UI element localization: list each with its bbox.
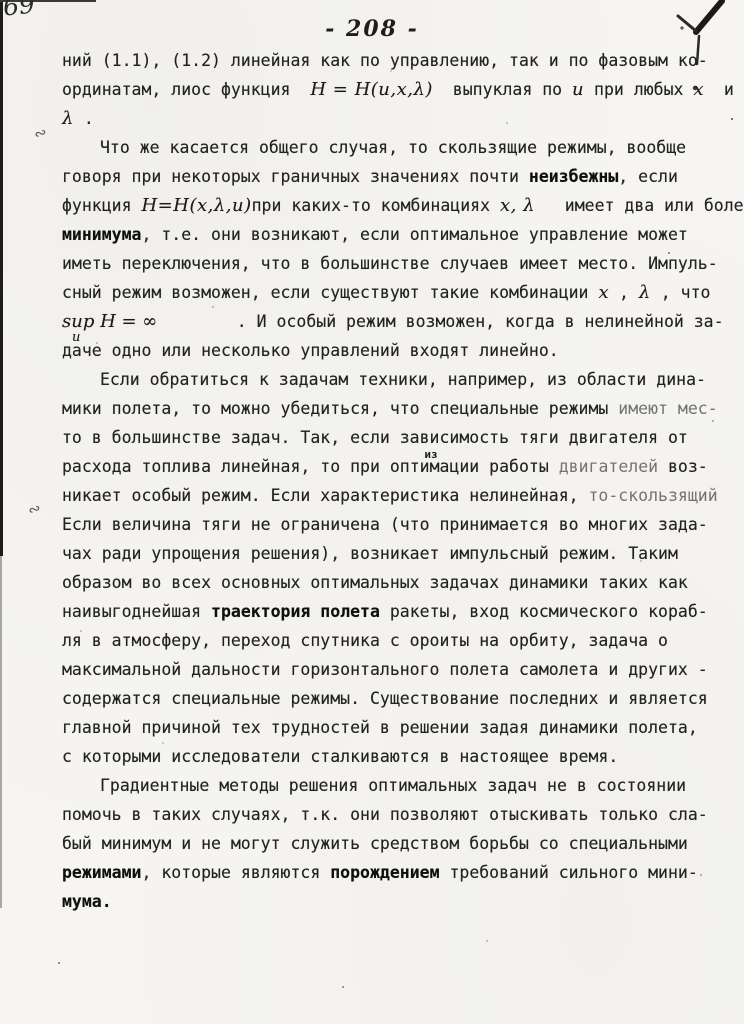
text-segment: Градиентные методы решения оптимальных з…	[100, 776, 686, 795]
text-line: расхода топлива линейная, то при изоптим…	[62, 452, 730, 481]
text-segment: содержатся специальные режимы. Существов…	[62, 689, 708, 708]
text-segment: бый минимум и не могут служить средством…	[62, 834, 688, 853]
text-segment: имеет два или более	[535, 196, 744, 215]
text-segment: при любых	[584, 80, 693, 99]
text-line: то в большинстве задач. Так, если зависи…	[62, 423, 730, 452]
handwritten-insertion: из	[424, 440, 437, 469]
text-segment: чах ради упрощения решения), возникает и…	[62, 544, 678, 563]
handwritten-formula: u	[572, 79, 584, 100]
text-line: помочь в таких случаях, т.к. они позволя…	[62, 800, 730, 829]
text-segment: то в большинстве задач. Так, если зависи…	[62, 428, 688, 447]
text-line: Если величина тяги не ограничена (что пр…	[62, 510, 730, 539]
text-segment: порождением	[330, 863, 439, 882]
text-segment: с которыми исследователи сталкиваются в …	[62, 747, 618, 766]
scanned-page: 69 ∾ ∾ - 208 - ний (1.1), (1.2) линейная…	[0, 0, 744, 1024]
text-segment: никает особый режим. Если характеристика…	[62, 486, 589, 505]
text-segment: , т.е. они возникают, если оптимальное у…	[141, 225, 687, 244]
handwritten-formula: x	[598, 282, 609, 303]
text-segment: то-скользящий	[589, 486, 718, 505]
text-segment: траектория полета	[211, 602, 380, 621]
text-segment: Что же касается общего случая, то скольз…	[100, 138, 686, 157]
text-segment: режимами	[62, 863, 141, 882]
text-segment: главной причиной тех трудностей в решени…	[62, 718, 698, 737]
text-line: главной причиной тех трудностей в решени…	[62, 713, 730, 742]
text-segment: помочь в таких случаях, т.к. они позволя…	[62, 805, 708, 824]
text-line: ля в атмосферу, переход спутника с ороит…	[62, 626, 730, 655]
text-segment: ординатам, лиос функция	[62, 80, 310, 99]
text-line: даче одно или несколько управлений входя…	[62, 336, 730, 365]
text-line: ний (1.1), (1.2) линейная как по управле…	[62, 46, 730, 75]
text-segment: требований сильного мини-	[440, 863, 698, 882]
paragraph: Что же касается общего случая, то скольз…	[62, 133, 730, 365]
text-segment: иметь переключения, что в большинстве сл…	[62, 254, 718, 273]
text-line: сный режим возможен, если существуют так…	[62, 278, 730, 307]
text-segment: при каких-то комбинациях	[252, 196, 500, 215]
text-segment: Если обратиться к задачам техники, напри…	[100, 370, 706, 389]
text-segment: , которые являются	[141, 863, 330, 882]
text-segment: Если величина тяги не ограничена (что пр…	[62, 515, 708, 534]
text-segment: , если	[618, 167, 678, 186]
text-segment: двигателей	[559, 457, 658, 476]
text-line: Градиентные методы решения оптимальных з…	[62, 771, 730, 800]
text-segment: имеют мес-	[618, 399, 717, 418]
text-segment: сный режим возможен, если существуют так…	[62, 283, 598, 302]
page-number-header: - 208 -	[0, 16, 744, 42]
handwritten-formula: x, λ	[500, 195, 535, 216]
text-line: λ .	[62, 104, 730, 133]
text-segment: говоря при некоторых граничных значениях…	[62, 167, 529, 186]
text-segment: . И особый режим возможен, когда в нелин…	[157, 312, 723, 331]
text-segment: изоптимации	[390, 452, 479, 481]
text-segment: .	[74, 109, 94, 128]
text-line: минимума, т.е. они возникают, если оптим…	[62, 220, 730, 249]
text-segment: воз-	[658, 457, 708, 476]
text-line: Если обратиться к задачам техники, напри…	[62, 365, 730, 394]
margin-mark: ∾	[32, 122, 50, 143]
text-segment: наивыгоднейшая	[62, 602, 211, 621]
text-segment: ракеты, вход космического кораб-	[380, 602, 708, 621]
text-segment: функция	[62, 196, 141, 215]
text-line: режимами, которые являются порождением т…	[62, 858, 730, 887]
text-line: говоря при некоторых граничных значениях…	[62, 162, 730, 191]
handwritten-formula: supu H = ∞	[62, 307, 157, 336]
text-line: образом во всех основных оптимальных зад…	[62, 568, 730, 597]
margin-mark: ∾	[26, 498, 44, 519]
text-segment: неизбежны	[529, 167, 618, 186]
text-line: ординатам, лиос функция H = H(u,x,λ) вып…	[62, 75, 730, 104]
handwritten-formula: H=H(x,λ,u)	[141, 195, 251, 216]
text-line: бый минимум и не могут служить средством…	[62, 829, 730, 858]
text-line: Что же касается общего случая, то скольз…	[62, 133, 730, 162]
handwritten-formula: λ	[639, 282, 651, 303]
text-line: мума.	[62, 887, 730, 916]
text-line: наивыгоднейшая траектория полета ракеты,…	[62, 597, 730, 626]
text-line: с которыми исследователи сталкиваются в …	[62, 742, 730, 771]
text-segment: ний (1.1), (1.2) линейная как по управле…	[62, 51, 708, 70]
text-segment: , что	[651, 283, 711, 302]
text-segment: мума.	[62, 892, 112, 911]
text-line: максимальной дальности горизонтального п…	[62, 655, 730, 684]
paragraph: Градиентные методы решения оптимальных з…	[62, 771, 730, 916]
text-line: функция H=H(x,λ,u)при каких-то комбинаци…	[62, 191, 730, 220]
text-line: содержатся специальные режимы. Существов…	[62, 684, 730, 713]
text-segment: выпуклая по	[433, 80, 572, 99]
text-segment: работы	[479, 457, 558, 476]
scan-edge-line-faint	[0, 556, 2, 908]
paragraph: Если обратиться к задачам техники, напри…	[62, 365, 730, 771]
text-segment: ,	[609, 283, 639, 302]
text-line: никает особый режим. Если характеристика…	[62, 481, 730, 510]
text-segment: даче одно или несколько управлений входя…	[62, 341, 559, 360]
paragraph: ний (1.1), (1.2) линейная как по управле…	[62, 46, 730, 133]
text-line: supu H = ∞ . И особый режим возможен, ко…	[62, 307, 730, 336]
text-segment: максимальной дальности горизонтального п…	[62, 660, 708, 679]
handwritten-formula: x	[693, 79, 704, 100]
text-segment: и ·	[704, 80, 744, 99]
text-segment: расхода топлива линейная, то при	[62, 457, 390, 476]
text-segment: образом во всех основных оптимальных зад…	[62, 573, 688, 592]
text-segment: минимума	[62, 225, 141, 244]
text-block: ний (1.1), (1.2) линейная как по управле…	[62, 46, 730, 916]
text-segment: мики полета, то можно убедиться, что спе…	[62, 399, 618, 418]
handwritten-formula: λ	[62, 108, 74, 129]
text-line: иметь переключения, что в большинстве сл…	[62, 249, 730, 278]
text-line: мики полета, то можно убедиться, что спе…	[62, 394, 730, 423]
scan-edge-line	[0, 0, 3, 556]
text-line: чах ради упрощения решения), возникает и…	[62, 539, 730, 568]
text-segment: ля в атмосферу, переход спутника с ороит…	[62, 631, 668, 650]
handwritten-formula: H = H(u,x,λ)	[310, 79, 433, 100]
